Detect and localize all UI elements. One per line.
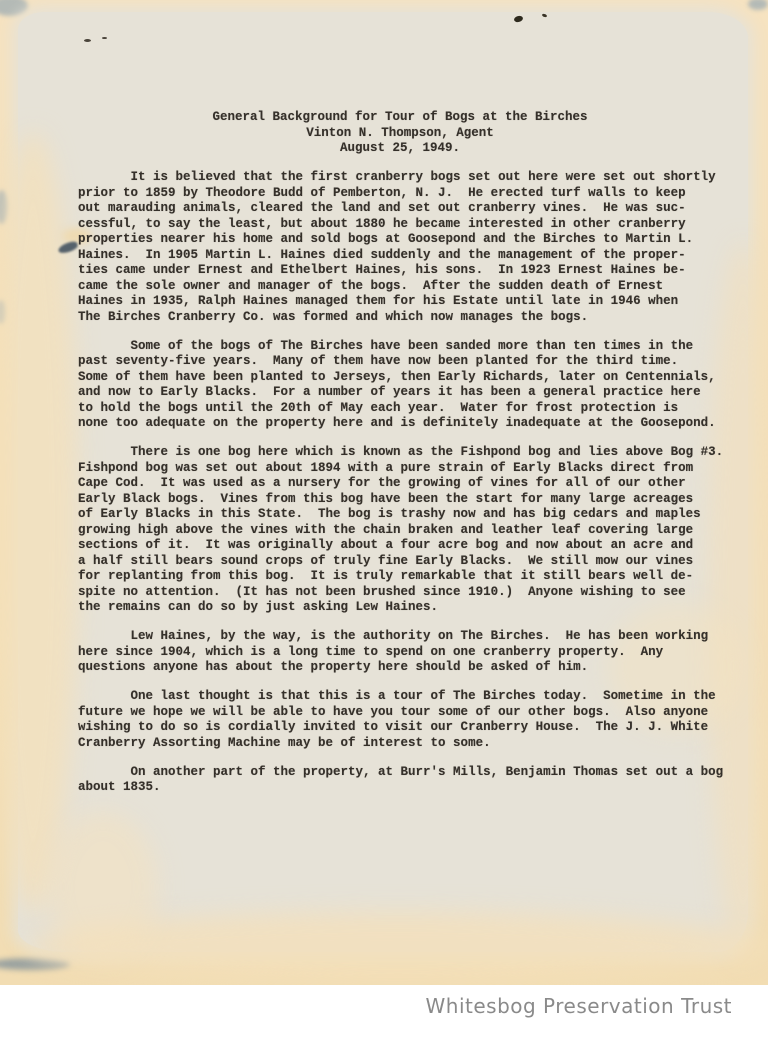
scanner-edge-mark (0, 300, 6, 324)
watermark-text: Whitesbog Preservation Trust (426, 994, 733, 1018)
paragraph-last-thought: One last thought is that this is a tour … (78, 689, 722, 751)
scanned-document-page: General Background for Tour of Bogs at t… (0, 0, 768, 1057)
scanned-sheet: General Background for Tour of Bogs at t… (0, 0, 768, 985)
document-byline: Vinton N. Thompson, Agent (78, 126, 722, 142)
scanner-edge-mark (0, 190, 8, 224)
document-title: General Background for Tour of Bogs at t… (78, 110, 722, 126)
paragraph-burrs-mills: On another part of the property, at Burr… (78, 765, 722, 796)
age-blotch (28, 912, 768, 982)
document-date: August 25, 1949. (78, 141, 722, 157)
paragraph-fishpond-bog: There is one bog here which is known as … (78, 445, 722, 616)
paragraph-history: It is believed that the first cranberry … (78, 170, 722, 325)
age-blotch (0, 132, 78, 912)
paragraph-lew-haines: Lew Haines, by the way, is the authority… (78, 629, 722, 676)
scanner-edge-mark (0, 0, 28, 16)
scanner-edge-mark (0, 958, 70, 970)
document-heading: General Background for Tour of Bogs at t… (78, 110, 722, 157)
typewritten-content: General Background for Tour of Bogs at t… (78, 110, 722, 796)
age-blotch (48, 812, 158, 962)
watermark-strip: Whitesbog Preservation Trust (0, 985, 768, 1057)
paragraph-sanding: Some of the bogs of The Birches have bee… (78, 339, 722, 432)
scanner-edge-mark (748, 0, 768, 10)
